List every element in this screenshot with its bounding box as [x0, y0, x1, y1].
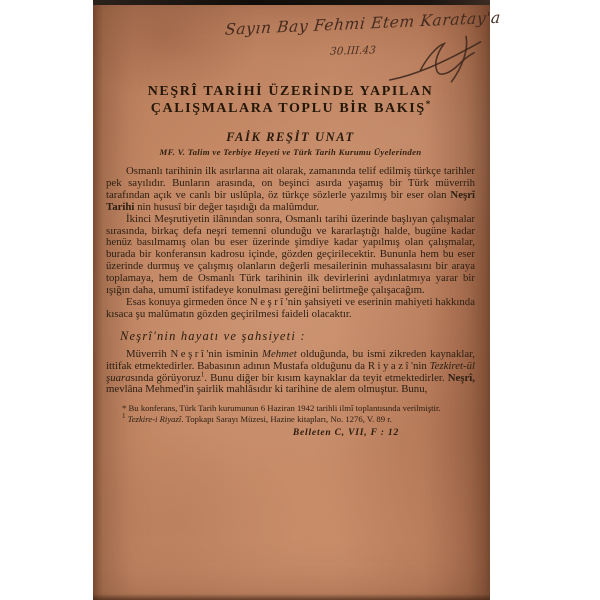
- article-title: NEŞRÎ TARİHİ ÜZERİNDE YAPILAN ÇALIŞMALAR…: [106, 0, 475, 117]
- book-page: Sayın Bay Fehmi Etem Karatay'a 30.III.43…: [93, 0, 490, 600]
- article-title-line-2: ÇALIŞMALARA TOPLU BİR BAKIŞ: [151, 101, 426, 116]
- journal-reference: Belleten C, VII, F : 12: [106, 428, 475, 438]
- body-paragraph: Osmanlı tarihinin ilk asırlarına ait ola…: [106, 166, 475, 214]
- author-affiliation: MF. V. Talim ve Terbiye Heyeti ve Türk T…: [106, 147, 475, 157]
- body-paragraph: Esas konuya girmeden önce Neşrî'nin şahs…: [106, 297, 475, 321]
- footnotes-block: * Bu konferans, Türk Tarih kurumunun 6 H…: [106, 403, 475, 424]
- article-body: Osmanlı tarihinin ilk asırlarına ait ola…: [106, 166, 475, 396]
- section-heading: Neşrî'nin hayatı ve şahsiyeti :: [120, 331, 475, 343]
- footnote: 1 Tezkire-i Riyazî. Topkapı Sarayı Müzes…: [106, 414, 475, 425]
- title-footnote-marker: *: [426, 99, 431, 109]
- scanner-background: Sayın Bay Fehmi Etem Karatay'a 30.III.43…: [0, 0, 600, 600]
- body-paragraph: Müverrih Neşrî'nin isminin Mehmet olduğu…: [106, 349, 475, 397]
- printed-column: NEŞRÎ TARİHİ ÜZERİNDE YAPILAN ÇALIŞMALAR…: [106, 0, 475, 438]
- author-name: FAİK REŞİT UNAT: [106, 130, 475, 145]
- body-paragraph: İkinci Meşrutiyetin ilânından sonra, Osm…: [106, 214, 475, 297]
- footnote: * Bu konferans, Türk Tarih kurumunun 6 H…: [106, 403, 475, 414]
- article-title-line-1: NEŞRÎ TARİHİ ÜZERİNDE YAPILAN: [148, 84, 434, 99]
